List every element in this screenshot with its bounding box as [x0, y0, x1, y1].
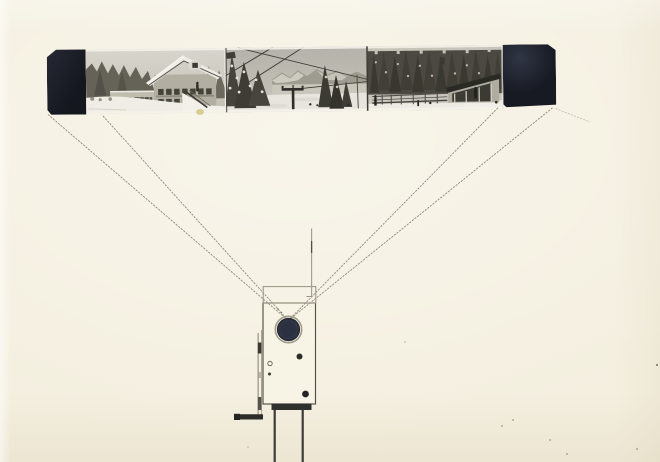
projection-line-2	[103, 116, 288, 321]
camera-knob-lower	[302, 391, 309, 398]
paper-speck	[636, 448, 638, 450]
paper-speck	[512, 419, 514, 421]
projection-line-3	[288, 108, 498, 321]
artwork-scan	[0, 0, 660, 462]
drawing-overlay	[0, 0, 660, 462]
stray-pencil-line	[556, 109, 591, 123]
camera-knob	[297, 354, 303, 360]
camera-side-rail	[258, 330, 262, 420]
paper-speck	[501, 425, 503, 427]
camera-leg-right	[302, 410, 304, 462]
paper-speck	[549, 439, 551, 441]
paper-speck	[656, 364, 658, 366]
camera-crank-handle	[234, 414, 263, 420]
camera-antenna-rod	[307, 229, 312, 298]
paper-speck	[566, 453, 568, 455]
paper-speck	[404, 341, 406, 343]
projection-line-1	[48, 115, 288, 321]
camera-screw	[268, 373, 271, 376]
projection-lines	[48, 108, 590, 321]
paper-speck	[277, 308, 278, 309]
paper-speck	[281, 312, 282, 313]
paper-speck	[247, 446, 249, 448]
camera-lens-glass	[281, 322, 297, 338]
projection-line-4	[288, 108, 552, 321]
camera-leg-left	[274, 410, 276, 462]
camera-base-plate	[272, 404, 312, 411]
